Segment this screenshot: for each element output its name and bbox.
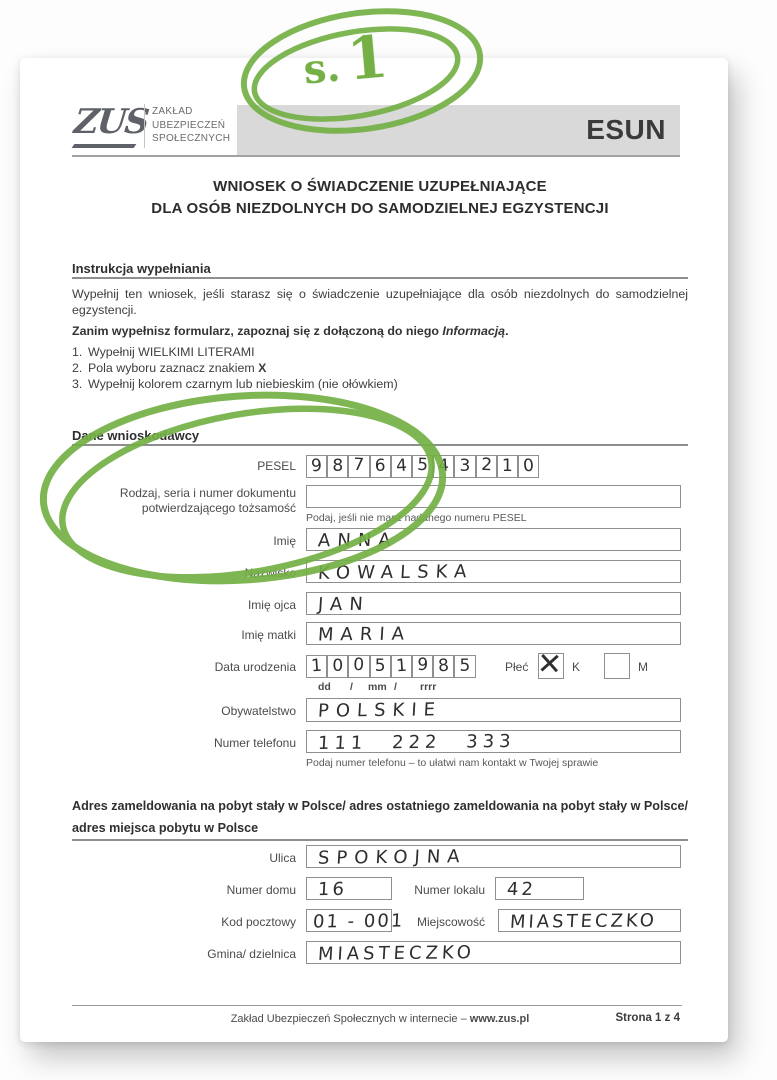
birth-date-digit: 9: [412, 655, 432, 677]
birth-date-digit: 1: [306, 655, 327, 677]
flat-number-input[interactable]: 42: [495, 877, 584, 900]
birth-date-digit: 0: [349, 655, 369, 677]
instructions-list: 1.Wypełnij WIELKIMI LITERAMI 2.Pola wybo…: [72, 344, 688, 393]
last-name-value: KOWALSKA: [317, 561, 474, 584]
list-num: 3.: [72, 376, 88, 392]
address-heading-line1: Adres zameldowania na pobyt stały w Pols…: [72, 796, 688, 818]
pesel-digit: 3: [455, 456, 474, 477]
pesel-digit: 2: [476, 455, 496, 477]
birth-date-digit-cell[interactable]: 1: [306, 655, 327, 678]
postal-code-label: Kod pocztowy: [221, 915, 296, 929]
mother-name-value: MARIA: [317, 624, 411, 646]
phone-input[interactable]: 111 222 333: [306, 730, 681, 753]
instructions-paragraph: Wypełnij ten wniosek, jeśli starasz się …: [72, 287, 688, 318]
citizenship-input[interactable]: POLSKIE: [306, 698, 681, 722]
birth-date-label: Data urodzenia: [215, 660, 296, 674]
citizenship-label: Obywatelstwo: [221, 704, 296, 718]
date-format-slash: /: [350, 681, 353, 693]
list-text: Pola wyboru zaznacz znakiem: [88, 361, 258, 375]
birth-date-input[interactable]: 1 0 0 5 1 9 8 5: [306, 655, 476, 678]
org-line: UBEZPIECZEŃ: [152, 119, 230, 133]
organization-name: ZAKŁAD UBEZPIECZEŃ SPOŁECZNYCH: [152, 105, 230, 146]
first-name-input[interactable]: ANNA: [306, 528, 681, 551]
list-item: 2.Pola wyboru zaznacz znakiem X: [72, 360, 688, 376]
birth-date-digit-cell[interactable]: 8: [433, 655, 454, 678]
mother-name-input[interactable]: MARIA: [306, 622, 681, 645]
pesel-digit: 7: [349, 455, 369, 477]
pesel-digit: 0: [518, 455, 539, 477]
pesel-digit: 8: [328, 456, 347, 477]
pesel-digit-cell[interactable]: 9: [306, 455, 327, 478]
instructions-heading: Instrukcja wypełniania: [72, 261, 211, 276]
pesel-digit-cell[interactable]: 8: [327, 455, 348, 478]
postal-code-input[interactable]: 01 - 001: [306, 909, 392, 932]
district-value: MIASTECZKO: [317, 942, 475, 965]
sex-option-k-label: K: [572, 660, 580, 674]
citizenship-value: POLSKIE: [317, 699, 442, 721]
list-bold: X: [258, 361, 266, 375]
pesel-digit-cell[interactable]: 0: [518, 455, 539, 478]
date-format-rrrr: rrrr: [420, 681, 436, 693]
pesel-digit: 9: [306, 455, 327, 477]
org-line: SPOŁECZNYCH: [152, 132, 230, 146]
house-number-input[interactable]: 16: [306, 877, 392, 900]
district-label: Gmina/ dzielnica: [207, 947, 296, 961]
note-suffix: .: [505, 324, 508, 338]
phone-label: Numer telefonu: [214, 736, 296, 750]
date-format-dd: dd: [318, 681, 331, 693]
instructions-note: Zanim wypełnisz formularz, zapoznaj się …: [72, 324, 688, 340]
pesel-digit-cell[interactable]: 6: [370, 455, 391, 478]
district-input[interactable]: MIASTECZKO: [306, 941, 681, 964]
birth-date-digit-cell[interactable]: 0: [348, 655, 369, 678]
city-value: MIASTECZKO: [509, 910, 657, 933]
city-input[interactable]: MIASTECZKO: [498, 909, 681, 932]
list-item: 1.Wypełnij WIELKIMI LITERAMI: [72, 344, 688, 360]
birth-date-digit: 1: [391, 655, 412, 677]
phone-hint: Podaj numer telefonu – to ułatwi nam kon…: [306, 757, 598, 769]
header-bar: ESUN: [237, 105, 680, 155]
section-rule: [72, 444, 688, 446]
flat-number-label: Numer lokalu: [414, 883, 485, 897]
logo-divider: [144, 104, 145, 148]
birth-date-digit: 8: [433, 655, 454, 677]
pesel-digit-cell[interactable]: 1: [497, 455, 518, 478]
postal-code-value: 01 - 001: [312, 911, 405, 933]
form-title-line1: WNIOSEK O ŚWIADCZENIE UZUPEŁNIAJĄCE: [72, 176, 688, 198]
father-name-input[interactable]: JAN: [306, 592, 681, 615]
section-rule: [72, 839, 688, 841]
birth-date-digit-cell[interactable]: 0: [327, 655, 348, 678]
birth-date-digit: 0: [328, 656, 347, 677]
section-rule: [72, 277, 688, 279]
date-format-mm: mm: [368, 681, 387, 693]
birth-date-digit-cell[interactable]: 1: [391, 655, 412, 678]
document-label-line2: potwierdzającego tożsamość: [142, 501, 296, 515]
list-num: 2.: [72, 360, 88, 376]
house-number-label: Numer domu: [227, 883, 296, 897]
pesel-input[interactable]: 9 8 7 6 4 5 4 3 2 1 0: [306, 455, 539, 478]
note-prefix: Zanim wypełnisz formularz, zapoznaj się …: [72, 324, 442, 338]
note-emphasis: Informacją: [442, 324, 505, 338]
page-number: Strona 1 z 4: [615, 1012, 680, 1024]
pesel-digit: 5: [412, 455, 432, 477]
address-section-heading: Adres zameldowania na pobyt stały w Pols…: [72, 796, 688, 839]
date-format-slash: /: [394, 681, 397, 693]
footer-text: Zakład Ubezpieczeń Społecznych w interne…: [72, 1013, 688, 1025]
house-number-value: 16: [317, 879, 347, 900]
list-num: 1.: [72, 344, 88, 360]
pesel-digit-cell[interactable]: 5: [412, 455, 433, 478]
scanned-form-page-background: ZUS ZAKŁAD UBEZPIECZEŃ SPOŁECZNYCH ESUN …: [0, 0, 777, 1080]
form-code: ESUN: [586, 105, 666, 155]
city-label: Miejscowość: [417, 915, 485, 929]
phone-value: 111 222 333: [317, 731, 516, 754]
list-text: Wypełnij WIELKIMI LITERAMI: [88, 345, 255, 359]
street-value: SPOKOJNA: [317, 846, 467, 869]
pesel-digit-cell[interactable]: 2: [476, 455, 497, 478]
last-name-label: Nazwisko: [245, 566, 296, 580]
zus-logo-underline: [72, 144, 137, 148]
org-line: ZAKŁAD: [152, 105, 230, 119]
document-label-line1: Rodzaj, seria i numer dokumentu: [120, 486, 296, 500]
birth-date-digit: 5: [371, 656, 390, 677]
birth-date-digit-cell[interactable]: 5: [454, 655, 475, 678]
form-sheet: ZUS ZAKŁAD UBEZPIECZEŃ SPOŁECZNYCH ESUN …: [20, 58, 728, 1042]
pesel-digit-cell[interactable]: 4: [391, 455, 412, 478]
form-title-line2: DLA OSÓB NIEZDOLNYCH DO SAMODZIELNEJ EGZ…: [72, 198, 688, 220]
last-name-input[interactable]: KOWALSKA: [306, 560, 681, 583]
list-text: Wypełnij kolorem czarnym lub niebieskim …: [88, 377, 398, 391]
street-input[interactable]: SPOKOJNA: [306, 845, 681, 868]
zus-logo: ZUS: [72, 104, 138, 146]
pesel-label: PESEL: [257, 459, 296, 473]
x-mark-icon: ✕: [536, 646, 563, 682]
pesel-digit: 6: [371, 456, 390, 477]
footer-rule: [72, 1005, 682, 1006]
pesel-digit-cell[interactable]: 3: [454, 455, 475, 478]
footer-prefix: Zakład Ubezpieczeń Społecznych w interne…: [231, 1013, 470, 1025]
pesel-digit-cell[interactable]: 7: [348, 455, 369, 478]
pesel-digit: 4: [391, 455, 412, 477]
pesel-digit: 1: [498, 456, 517, 477]
header-rule: [72, 155, 680, 157]
sex-checkbox-k[interactable]: ✕: [538, 653, 564, 679]
pesel-digit-cell[interactable]: 4: [433, 455, 454, 478]
sex-checkbox-m[interactable]: [604, 653, 630, 679]
father-name-label: Imię ojca: [248, 598, 296, 612]
first-name-label: Imię: [273, 534, 296, 548]
birth-date-digit-cell[interactable]: 5: [370, 655, 391, 678]
sex-label: Płeć: [505, 660, 528, 674]
flat-number-value: 42: [506, 879, 536, 900]
form-title: WNIOSEK O ŚWIADCZENIE UZUPEŁNIAJĄCE DLA …: [72, 176, 688, 220]
footer-website: www.zus.pl: [470, 1013, 530, 1025]
birth-date-digit-cell[interactable]: 9: [412, 655, 433, 678]
father-name-value: JAN: [317, 594, 370, 616]
birth-date-digit: 5: [455, 656, 474, 677]
sex-option-m-label: M: [638, 660, 648, 674]
street-label: Ulica: [269, 851, 296, 865]
first-name-value: ANNA: [317, 530, 398, 552]
document-input[interactable]: [306, 485, 681, 508]
applicant-section-heading: Dane wnioskodawcy: [72, 428, 199, 443]
address-heading-line2: adres miejsca pobytu w Polsce: [72, 818, 688, 840]
list-item: 3.Wypełnij kolorem czarnym lub niebieski…: [72, 376, 688, 392]
mother-name-label: Imię matki: [241, 628, 296, 642]
pesel-digit: 4: [433, 455, 454, 477]
document-hint: Podaj, jeśli nie masz nadanego numeru PE…: [306, 512, 527, 524]
